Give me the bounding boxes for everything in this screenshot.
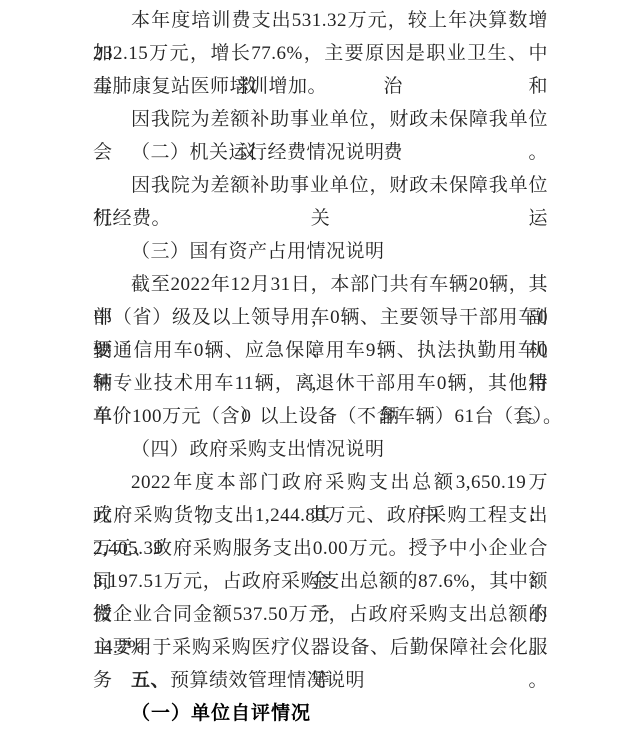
document-line: 因我院为差额补助事业单位，财政未保障我单位机关运: [93, 169, 548, 202]
document-line: 种专业技术用车11辆，离退休干部用车0辆，其他用车0辆。: [93, 367, 548, 400]
document-line: 截至2022年12月31日，本部门共有车辆20辆，其中，副: [93, 268, 548, 301]
document-line: 本年度培训费支出531.32万元，较上年决算数增加: [93, 4, 548, 37]
document-line: 2022年度本部门政府采购支出总额3,650.19万元，其中：: [93, 466, 548, 499]
section-heading: （三）国有资产占用情况说明: [93, 235, 548, 268]
document-body: 本年度培训费支出531.32万元，较上年决算数增加232.15万元，增长77.6…: [93, 4, 548, 730]
document-line: 微企业合同金额537.50万元，占政府采购支出总额的14.7%。: [93, 598, 548, 631]
document-page: 本年度培训费支出531.32万元，较上年决算数增加232.15万元，增长77.6…: [0, 0, 623, 738]
section-heading: （一）单位自评情况: [93, 697, 548, 730]
document-line: 232.15万元，增长77.6%，主要原因是职业卫生、中毒救治和: [93, 37, 548, 70]
document-line: 因我院为差额补助事业单位，财政未保障我单位会议费。: [93, 103, 548, 136]
document-line: 3,197.51万元，占政府采购支出总额的87.6%，其中：授予小: [93, 565, 548, 598]
document-line: 主要用于采购采购医疗仪器设备、后勤保障社会化服务等。: [93, 631, 548, 664]
document-line: 要通信用车0辆、应急保障用车9辆、执法执勤用车0辆，特: [93, 334, 548, 367]
document-line: 政府采购货物支出1,244.80万元、政府采购工程支出2,405.39: [93, 499, 548, 532]
document-line: 部（省）级及以上领导用车0辆、主要领导干部用车0辆、机: [93, 301, 548, 334]
document-line: 万元、政府采购服务支出0.00万元。授予中小企业合同金额: [93, 532, 548, 565]
document-line: 单价100万元（含）以上设备（不含车辆）61台（套）。: [93, 400, 548, 433]
heading-text: 预算绩效管理情况说明: [170, 670, 365, 691]
heading-number: 五、: [131, 670, 170, 691]
section-heading: （四）政府采购支出情况说明: [93, 433, 548, 466]
